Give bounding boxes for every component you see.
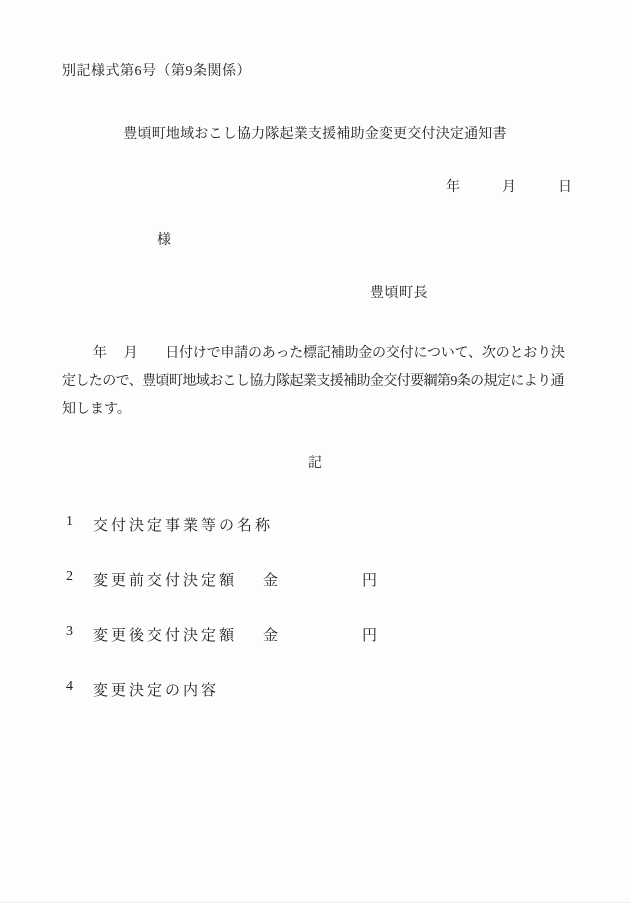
date-fill-in-line: 年 月 日	[446, 178, 572, 198]
sender-title: 豊頃町長	[370, 284, 428, 304]
list-item-1: 1 交付決定事業等の名称	[62, 514, 574, 536]
item-label: 変更後交付決定額	[93, 624, 237, 645]
body-paragraph-line-3: 知します。	[62, 400, 574, 420]
item-label: 変更決定の内容	[93, 679, 219, 700]
document-title: 豊頃町地域おこし協力隊起業支援補助金変更交付決定通知書	[0, 125, 630, 145]
item-label: 交付決定事業等の名称	[93, 514, 273, 535]
section-marker-ki: 記	[0, 454, 630, 474]
body-paragraph-line-2: 定したので、豊頃町地域おこし協力隊起業支援補助金交付要綱第9条の規定により通	[62, 372, 574, 392]
item-number: 3	[66, 624, 73, 640]
currency-suffix-yen: 円	[362, 624, 377, 645]
item-number: 2	[66, 569, 73, 585]
item-label: 変更前交付決定額	[93, 569, 237, 590]
currency-suffix-yen: 円	[362, 569, 377, 590]
form-number: 別記様式第6号（第9条関係）	[62, 62, 251, 82]
item-number: 1	[66, 514, 73, 530]
currency-prefix-kin: 金	[263, 569, 278, 590]
list-item-2: 2 変更前交付決定額 金 円	[62, 569, 574, 591]
list-item-3: 3 変更後交付決定額 金 円	[62, 624, 574, 646]
item-number: 4	[66, 679, 73, 695]
list-item-4: 4 変更決定の内容	[62, 679, 574, 701]
currency-prefix-kin: 金	[263, 624, 278, 645]
body-paragraph-line-1: 年 月 日付けで申請のあった標記補助金の交付について、次のとおり決	[62, 344, 574, 364]
addressee-honorific: 様	[157, 231, 171, 251]
document-page: 別記様式第6号（第9条関係） 豊頃町地域おこし協力隊起業支援補助金変更交付決定通…	[0, 0, 630, 903]
